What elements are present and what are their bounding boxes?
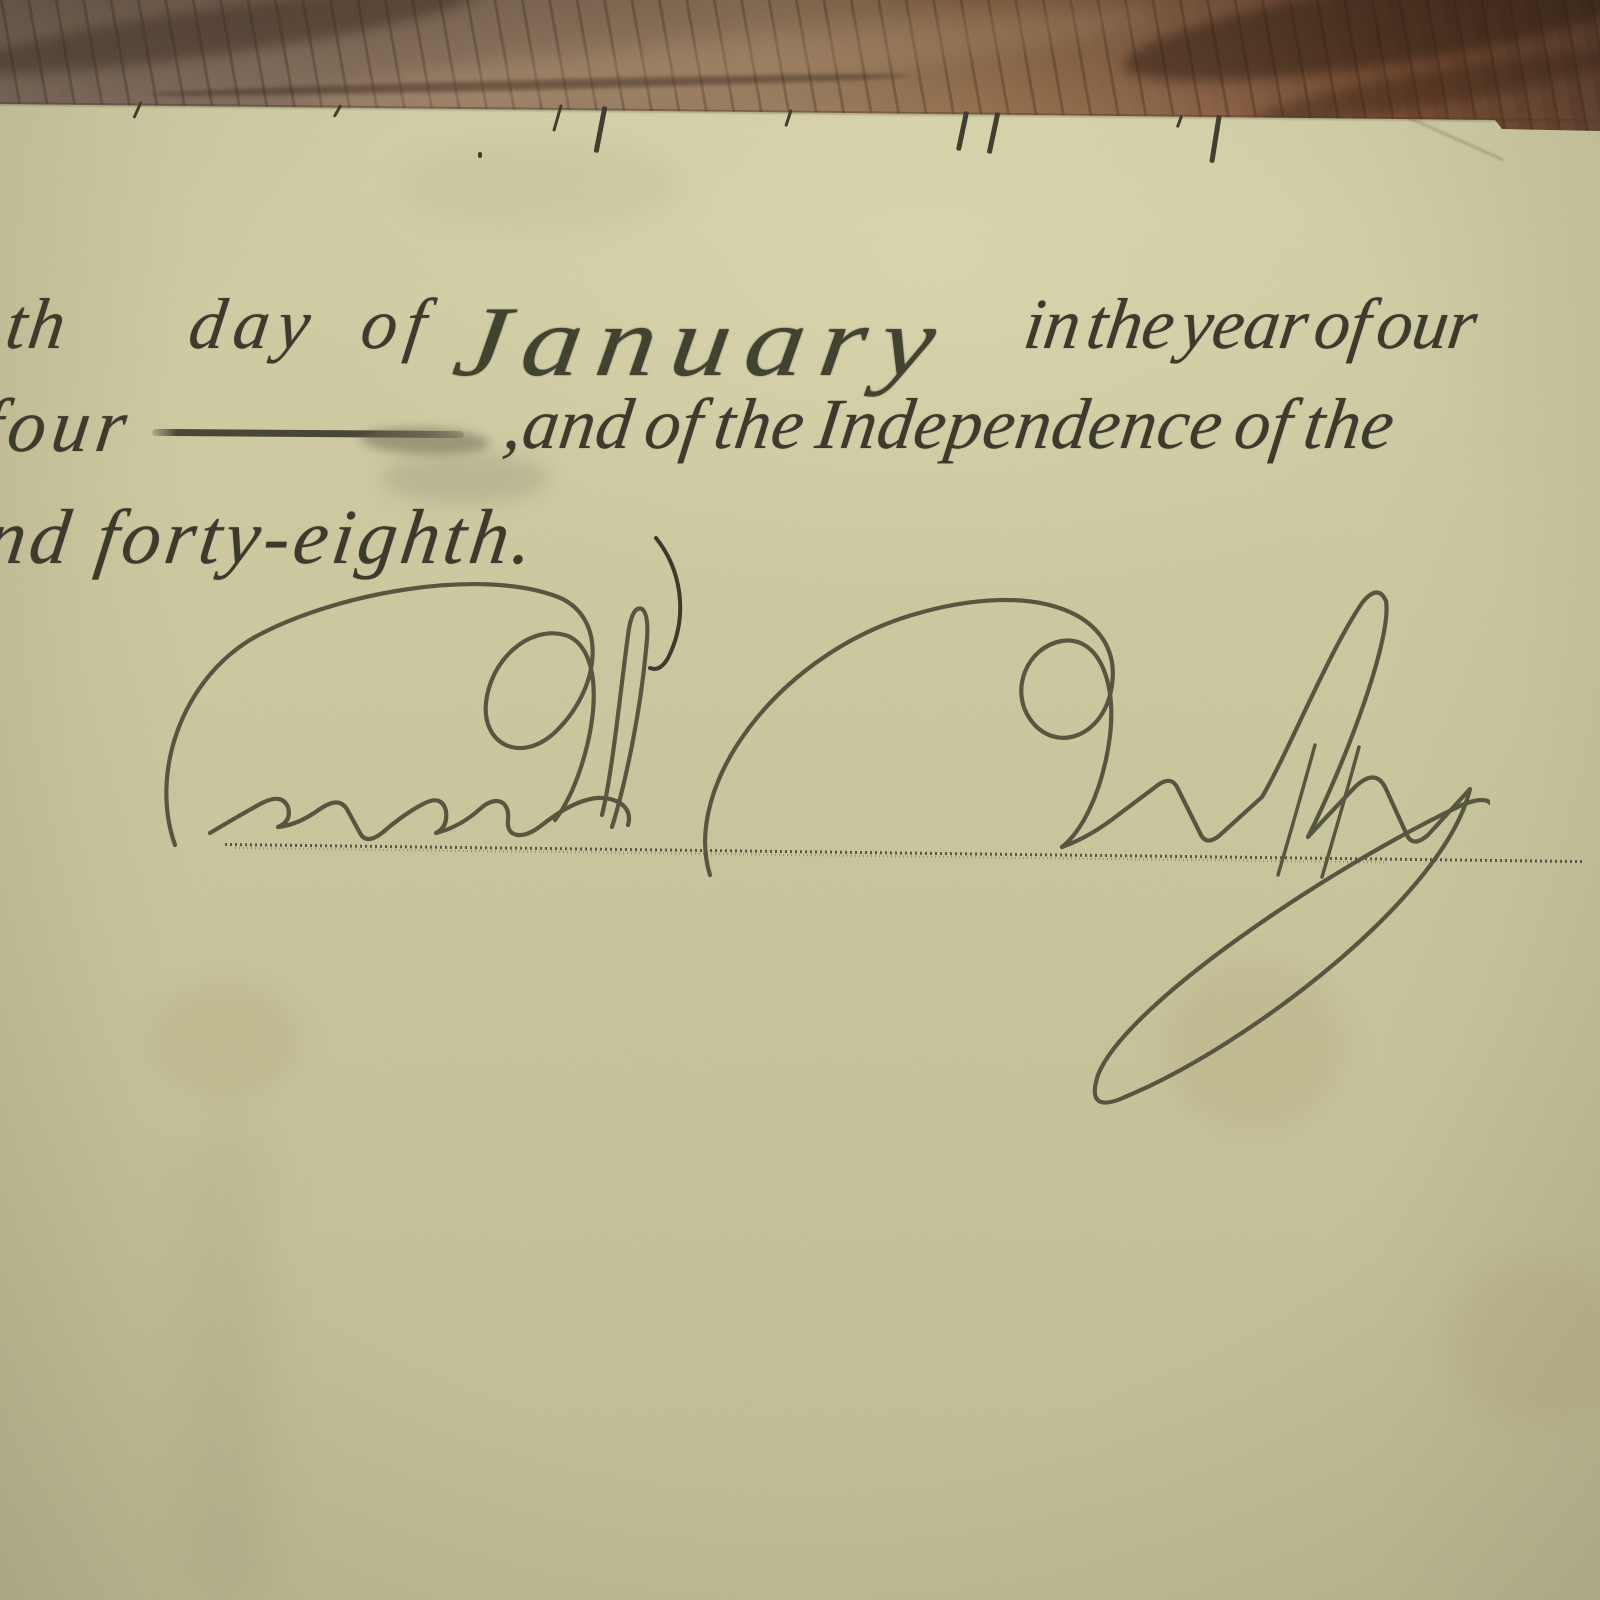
- line1-left-fragment: th: [2, 288, 72, 360]
- line2-independence-label: ,and of the Independence of the: [500, 388, 1399, 460]
- wood-grain-streak: [150, 71, 910, 100]
- paper-stain: [1450, 1260, 1600, 1420]
- line1-handwritten-month: January: [448, 292, 956, 392]
- line3-forty-eighth-label: nd forty-eighth.: [0, 498, 542, 576]
- paper-stain: [180, 1120, 270, 1600]
- wood-grain-streak: [0, 0, 481, 90]
- paper-stain: [400, 140, 680, 230]
- photograph-of-signed-document: th day of January in the year of our fou…: [0, 0, 1600, 1600]
- line1-year-label: in the year of our: [1020, 288, 1481, 360]
- signature: [150, 575, 1490, 1120]
- line1-day-of-label: day of: [185, 288, 439, 360]
- wood-grain-streak: [1117, 0, 1600, 105]
- line2-left-fragment: four: [0, 388, 137, 464]
